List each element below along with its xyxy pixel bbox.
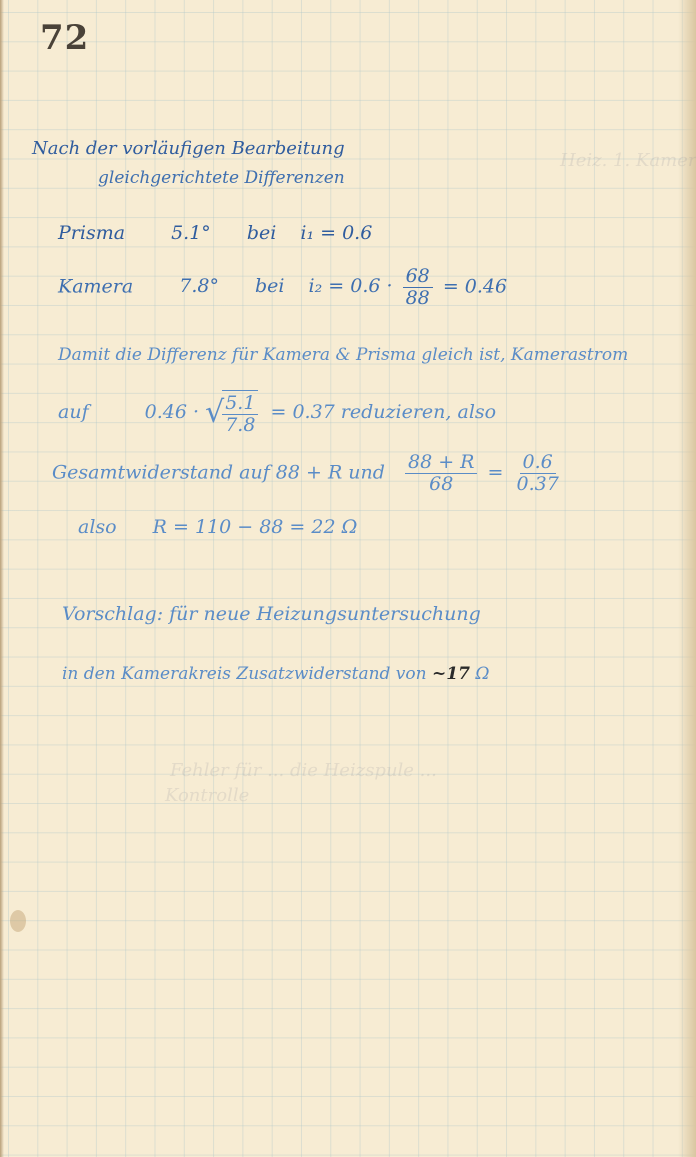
fraction-88R-68: 88 + R 68 xyxy=(405,452,477,495)
fraction-denominator: 88 xyxy=(403,288,433,309)
bleed-through-text: Kontrolle xyxy=(165,785,249,806)
fraction-68-88: 68 88 xyxy=(403,266,433,309)
equals-sign: = xyxy=(488,461,504,483)
heading-line-1: Nach der vorläufigen Bearbeitung xyxy=(32,138,345,159)
fraction-numerator: 68 xyxy=(403,266,433,288)
also-r-line: also R = 110 − 88 = 22 Ω xyxy=(78,516,357,538)
fraction-denominator: 0.37 xyxy=(513,474,561,495)
vorschlag-text: in den Kamerakreis Zusatzwiderstand von xyxy=(62,664,427,684)
notebook-page: 72 Heiz. 1. Kamera Fehler für ... die He… xyxy=(0,0,696,1157)
kamera-line: Kamera 7.8° bei i₂ = 0.6 · 68 88 = 0.46 xyxy=(58,266,507,309)
vorschlag-line-1: Vorschlag: für neue Heizungsuntersuchung xyxy=(62,603,481,625)
kamera-label: Kamera xyxy=(58,275,133,297)
prisma-line: Prisma 5.1° bei i₁ = 0.6 xyxy=(58,222,372,244)
prisma-current: i₁ = 0.6 xyxy=(300,222,372,244)
vorschlag-line-2: in den Kamerakreis Zusatzwiderstand von … xyxy=(62,664,489,684)
heading-line-2: gleichgerichtete Differenzen xyxy=(98,168,345,188)
kamera-result: = 0.46 xyxy=(443,275,507,297)
page-binding-edge xyxy=(0,0,4,1157)
kamera-current-expr: i₂ = 0.6 · xyxy=(309,275,393,297)
page-right-edge xyxy=(678,0,696,1157)
bei-label: bei xyxy=(255,275,284,297)
auf-result: = 0.37 reduzieren, also xyxy=(270,401,496,423)
kamera-value: 7.8° xyxy=(179,275,219,297)
bleed-through-text: Heiz. 1. Kamera xyxy=(560,150,696,171)
damit-line: Damit die Differenz für Kamera & Prisma … xyxy=(58,345,628,365)
also-label: also xyxy=(78,516,117,538)
page-number: 72 xyxy=(40,18,89,58)
auf-prefix: 0.46 · xyxy=(145,401,199,423)
fraction-denominator: 68 xyxy=(426,474,456,495)
fraction-numerator: 0.6 xyxy=(520,452,556,474)
auf-line: auf 0.46 · √ 5.1 7.8 = 0.37 reduzieren, … xyxy=(58,390,496,436)
bei-label: bei xyxy=(247,222,276,244)
prisma-value: 5.1° xyxy=(171,222,211,244)
fraction-denominator: 7.8 xyxy=(222,415,258,436)
r-result: R = 110 − 88 = 22 Ω xyxy=(153,516,358,538)
bleed-through-text: Fehler für ... die Heizspule ... xyxy=(170,760,437,781)
resistor-value: ~17 xyxy=(432,664,470,684)
auf-label: auf xyxy=(58,401,89,423)
prisma-label: Prisma xyxy=(58,222,125,244)
gesamt-text: Gesamtwiderstand auf 88 + R und xyxy=(52,461,385,483)
square-root-expression: √ 5.1 7.8 xyxy=(205,390,258,436)
sqrt-fraction: 5.1 7.8 xyxy=(222,393,258,436)
ohm-unit: Ω xyxy=(475,664,489,684)
gesamtwiderstand-line: Gesamtwiderstand auf 88 + R und 88 + R 6… xyxy=(52,452,566,495)
fraction-numerator: 88 + R xyxy=(405,452,477,474)
fraction-06-037: 0.6 0.37 xyxy=(513,452,561,495)
fraction-numerator: 5.1 xyxy=(222,393,258,415)
paper-stain xyxy=(10,910,26,932)
